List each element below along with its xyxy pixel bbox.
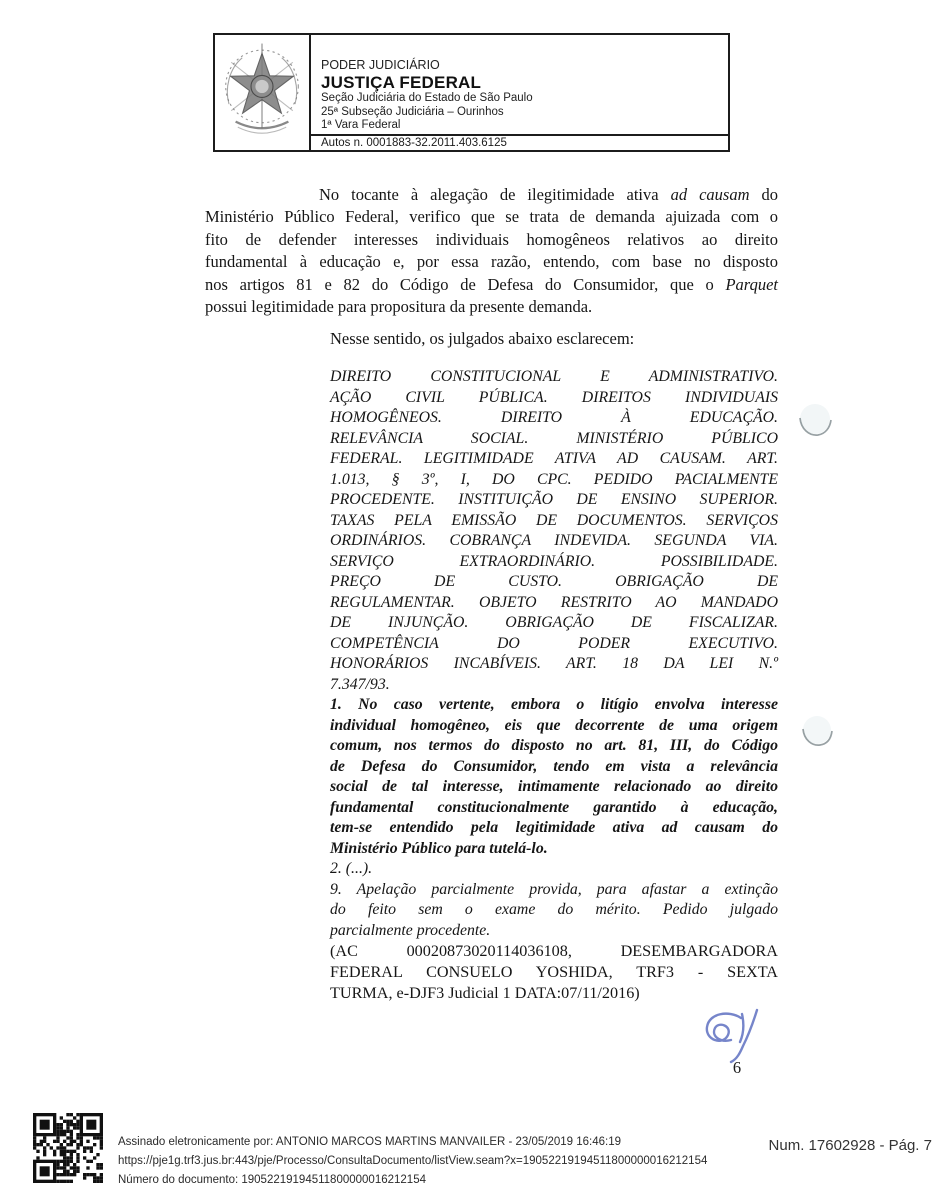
- text-line: fito de defender interesses individuais …: [205, 229, 778, 251]
- text-line: FEDERAL CONSUELO YOSHIDA, TRF3 - SEXTA: [330, 962, 778, 983]
- text-line: ORDINÁRIOS. COBRANÇA INDEVIDA. SEGUNDA V…: [330, 531, 778, 552]
- verification-url: https://pje1g.trf3.jus.br:443/pje/Proces…: [118, 1152, 707, 1171]
- text-line: (AC 00020873020114036108, DESEMBARGADORA: [330, 941, 778, 962]
- text-line: nos artigos 81 e 82 do Código de Defesa …: [205, 274, 778, 296]
- pje-page-label: Num. 17602928 - Pág. 7: [769, 1137, 932, 1154]
- document-number: Número do documento: 1905221919451180000…: [118, 1171, 707, 1190]
- text-line: REGULAMENTAR. OBJETO RESTRITO AO MANDADO: [330, 593, 778, 614]
- text-line: DE INJUNÇÃO. OBRIGAÇÃO DE FISCALIZAR.: [330, 613, 778, 634]
- scan-artifact-arc: [795, 403, 835, 441]
- text-line: 9. Apelação parcialmente provida, para a…: [330, 880, 778, 901]
- text-line: PREÇO DE CUSTO. OBRIGAÇÃO DE: [330, 572, 778, 593]
- text-line: fundamental à educação e, por essa razão…: [205, 251, 778, 273]
- text-line: Ministério Público Federal, verifico que…: [205, 206, 778, 228]
- intro-line: Nesse sentido, os julgados abaixo esclar…: [330, 329, 778, 349]
- text-line: fundamental constitucionalmente garantid…: [330, 798, 778, 819]
- text-line: SERVIÇO EXTRAORDINÁRIO. POSSIBILIDADE.: [330, 552, 778, 573]
- text-line: comum, nos termos do disposto no art. 81…: [330, 736, 778, 757]
- text-line: tem-se entendido pela legitimidade ativa…: [330, 818, 778, 839]
- quote-item-1: 1. No caso vertente, embora o litígio en…: [330, 695, 778, 859]
- scanned-court-document-page: PODER JUDICIÁRIO JUSTIÇA FEDERAL Seção J…: [0, 0, 944, 1200]
- qr-code-icon: [33, 1113, 103, 1183]
- signature-info-block: Assinado eletronicamente por: ANTONIO MA…: [118, 1133, 707, 1189]
- text-line: DIREITO CONSTITUCIONAL E ADMINISTRATIVO.: [330, 367, 778, 388]
- coat-of-arms-icon: [218, 37, 306, 148]
- text-line: 1.013, § 3º, I, DO CPC. PEDIDO PACIALMEN…: [330, 470, 778, 491]
- judicial-section-label: Seção Judiciária do Estado de São Paulo: [321, 92, 722, 106]
- text-line: social de tal interesse, intimamente rel…: [330, 777, 778, 798]
- org-branch-label: PODER JUDICIÁRIO: [321, 58, 722, 73]
- signed-by-line: Assinado eletronicamente por: ANTONIO MA…: [118, 1133, 707, 1152]
- text-line: 1. No caso vertente, embora o litígio en…: [330, 695, 778, 716]
- page-number: 6: [720, 1058, 754, 1078]
- text-line: COMPETÊNCIA DO PODER EXECUTIVO.: [330, 634, 778, 655]
- judicial-subsection-label: 25ª Subseção Judiciária – Ourinhos: [321, 106, 722, 120]
- text-line: do feito sem o exame do mérito. Pedido j…: [330, 900, 778, 921]
- quote-item-2: 2. (...).: [330, 859, 778, 880]
- text-line: Ministério Público para tutelá-lo.: [330, 839, 778, 860]
- paragraph-standing-allegation: No tocante à alegação de ilegitimidade a…: [205, 184, 778, 318]
- text-line: 7.347/93.: [330, 675, 778, 696]
- quote-headnote: DIREITO CONSTITUCIONAL E ADMINISTRATIVO.…: [330, 367, 778, 695]
- quote-citation: (AC 00020873020114036108, DESEMBARGADORA…: [330, 941, 778, 1004]
- text-line: PROCEDENTE. INSTITUIÇÃO DE ENSINO SUPERI…: [330, 490, 778, 511]
- text-line: possui legitimidade para propositura da …: [205, 296, 778, 318]
- text-line: TURMA, e-DJF3 Judicial 1 DATA:07/11/2016…: [330, 983, 778, 1004]
- text-line: 2. (...).: [330, 859, 778, 880]
- case-number-rule: [311, 134, 728, 136]
- text-line: RELEVÂNCIA SOCIAL. MINISTÉRIO PÚBLICO: [330, 429, 778, 450]
- text-line: HONORÁRIOS INCABÍVEIS. ART. 18 DA LEI N.…: [330, 654, 778, 675]
- letterhead-divider: [309, 35, 311, 150]
- text-line: TAXAS PELA EMISSÃO DE DOCUMENTOS. SERVIÇ…: [330, 511, 778, 532]
- letterhead: PODER JUDICIÁRIO JUSTIÇA FEDERAL Seção J…: [213, 33, 730, 152]
- case-number: Autos n. 0001883-32.2011.403.6125: [321, 137, 507, 149]
- text-line: individual homogêneo, eis que decorrente…: [330, 716, 778, 737]
- quote-item-9: 9. Apelação parcialmente provida, para a…: [330, 880, 778, 942]
- court-label: 1ª Vara Federal: [321, 119, 722, 133]
- text-line: HOMOGÊNEOS. DIREITO À EDUCAÇÃO.: [330, 408, 778, 429]
- text-line: AÇÃO CIVIL PÚBLICA. DIREITOS INDIVIDUAIS: [330, 388, 778, 409]
- text-line: FEDERAL. LEGITIMIDADE ATIVA AD CAUSAM. A…: [330, 449, 778, 470]
- text-line: de Defesa do Consumidor, tendo em vista …: [330, 757, 778, 778]
- org-name-label: JUSTIÇA FEDERAL: [321, 73, 722, 92]
- jurisprudence-quote-block: DIREITO CONSTITUCIONAL E ADMINISTRATIVO.…: [330, 367, 778, 1004]
- text-line: parcialmente procedente.: [330, 921, 778, 942]
- text-line: No tocante à alegação de ilegitimidade a…: [205, 184, 778, 206]
- scan-artifact-arc: [798, 715, 838, 753]
